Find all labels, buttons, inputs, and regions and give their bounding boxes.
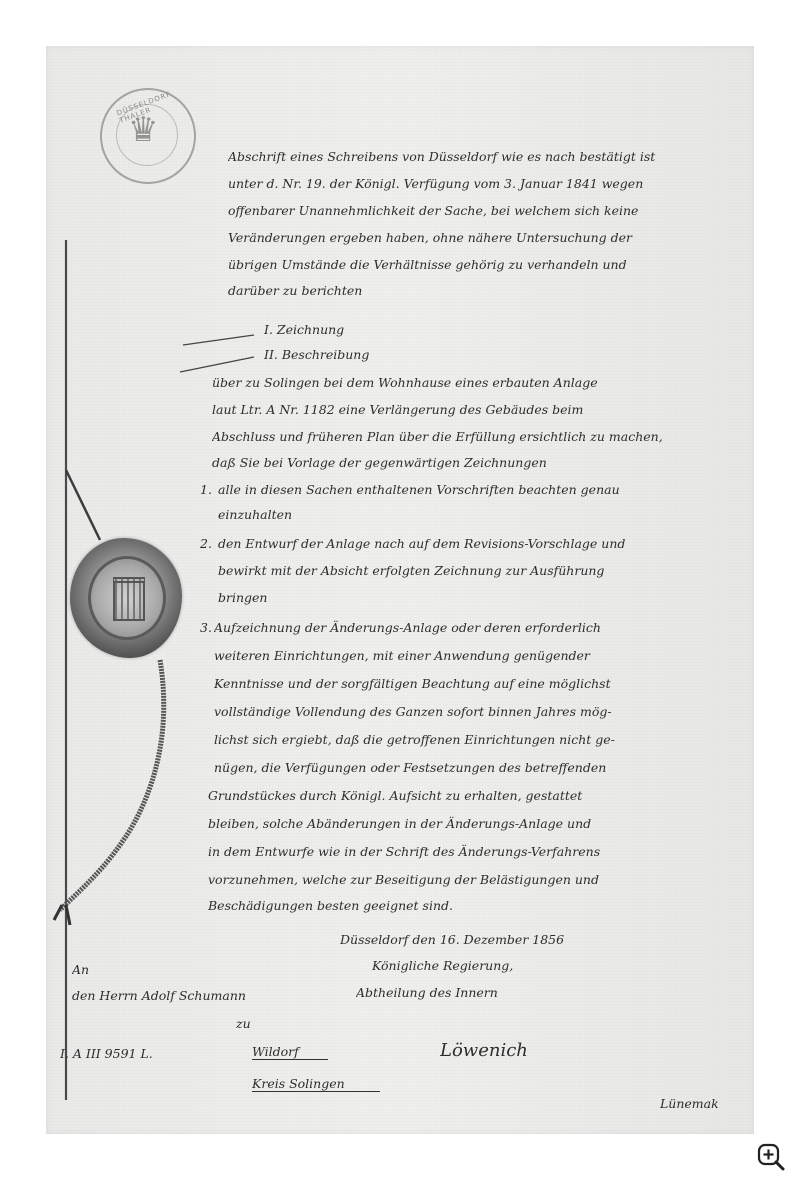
body-line: offenbarer Unannehmlichkeit der Sache, b…: [228, 203, 750, 218]
item-number: 1.: [200, 482, 214, 497]
body-line: bleiben, solche Abänderungen in der Ände…: [208, 816, 752, 831]
heading-beschreibung: II. Beschreibung: [264, 347, 464, 362]
body-line: lichst sich ergiebt, daß die getroffenen…: [214, 732, 752, 747]
body-line: darüber zu berichten: [228, 283, 528, 298]
body-line: einzuhalten: [218, 507, 418, 522]
recipient-name: den Herrn Adolf Schumann: [72, 988, 342, 1003]
seal-emblem-icon: [113, 577, 145, 621]
body-line: laut Ltr. A Nr. 1182 eine Verlängerung d…: [212, 402, 750, 417]
body-line: unter d. Nr. 19. der Königl. Verfügung v…: [228, 176, 750, 191]
body-line: weiteren Einrichtungen, mit einer Anwend…: [214, 648, 752, 663]
body-line: Beschädigungen besten geeignet sind.: [208, 898, 608, 913]
body-line: über zu Solingen bei dem Wohnhause eines…: [212, 375, 750, 390]
body-line: vollständige Vollendung des Ganzen sofor…: [214, 704, 752, 719]
body-line: Abschluss und früheren Plan über die Erf…: [212, 429, 750, 444]
ink-stamp: ♛ DÜSSELDORF THALER: [100, 88, 196, 184]
body-line: Aufzeichnung der Änderungs-Anlage oder d…: [214, 620, 752, 635]
recipient-city: Wildorf: [252, 1044, 328, 1060]
item-number: 2.: [200, 536, 214, 551]
countersign: Lünemak: [660, 1096, 740, 1111]
body-line: den Entwurf der Anlage nach auf dem Revi…: [218, 536, 750, 551]
place-date: Düsseldorf den 16. Dezember 1856: [340, 932, 620, 947]
zoom-button[interactable]: [756, 1142, 788, 1174]
item-number: 3.: [200, 620, 214, 635]
authority-line2: Abtheilung des Innern: [356, 985, 586, 1000]
body-line: alle in diesen Sachen enthaltenen Vorsch…: [218, 482, 750, 497]
body-line: nügen, die Verfügungen oder Festsetzunge…: [214, 760, 752, 775]
wax-seal: [70, 538, 182, 658]
body-line: Abschrift eines Schreibens von Düsseldor…: [228, 149, 750, 164]
body-line: bringen: [218, 590, 418, 605]
reference-number: I. A III 9591 L.: [60, 1046, 210, 1061]
body-line: Grundstückes durch Königl. Aufsicht zu e…: [208, 788, 752, 803]
recipient-to: zu: [236, 1016, 266, 1031]
body-line: übrigen Umstände die Verhältnisse gehöri…: [228, 257, 750, 272]
body-line: vorzunehmen, welche zur Beseitigung der …: [208, 872, 752, 887]
body-line: in dem Entwurfe wie in der Schrift des Ä…: [208, 844, 752, 859]
body-line: bewirkt mit der Absicht erfolgten Zeichn…: [218, 563, 750, 578]
image-viewer: ♛ DÜSSELDORF THALER Abschrift eines Schr…: [0, 0, 800, 1180]
body-line: daß Sie bei Vorlage der gegenwärtigen Ze…: [212, 455, 662, 470]
zoom-in-icon: [756, 1142, 788, 1174]
recipient-prefix: An: [72, 962, 112, 977]
body-line: Veränderungen ergeben haben, ohne nähere…: [228, 230, 750, 245]
body-line: Kenntnisse und der sorgfältigen Beachtun…: [214, 676, 752, 691]
authority-line1: Königliche Regierung,: [372, 958, 592, 973]
signature: Löwenich: [440, 1040, 600, 1064]
recipient-district: Kreis Solingen: [252, 1076, 380, 1092]
heading-zeichnung: I. Zeichnung: [264, 322, 464, 337]
